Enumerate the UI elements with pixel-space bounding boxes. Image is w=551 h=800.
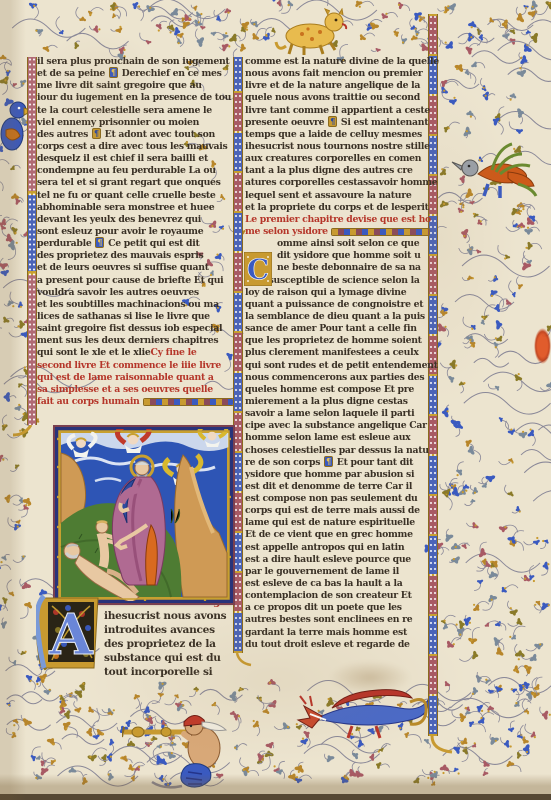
illuminated-initial-c: C — [244, 252, 272, 286]
text-line: autres bestes sont enclinees en re — [245, 614, 429, 626]
text-line: substance qui est du — [104, 652, 234, 666]
gold-lion-icon — [272, 8, 352, 56]
text-line: te la court celestielle sera amene le — [37, 105, 233, 117]
text-line: du tout droit esleve et regarde de — [245, 639, 429, 651]
text-line: des proprietez de la — [104, 638, 234, 652]
svg-text:C: C — [247, 253, 269, 286]
text-line: tant a la plus digne des autres cre — [245, 165, 429, 177]
pilcrow-mark: ¶ — [93, 129, 100, 138]
text-line: la semblance de dieu quant a la puis — [245, 311, 429, 323]
illuminated-initial-a: A — [36, 592, 100, 670]
text-line: me livre dit saint gregoire que au — [37, 80, 233, 92]
text-line: quant a puissance de congnoistre et — [245, 299, 429, 311]
prologue-text-block: laide dePrologueihesucrist nous avonsint… — [104, 596, 234, 679]
text-line: second livre Et commence le iiie livre — [37, 360, 233, 372]
left-ornament-bar — [27, 57, 37, 425]
svg-text:A: A — [48, 602, 94, 668]
text-line: par le gouvernement de lame il — [245, 566, 429, 578]
text-line: mierement a la plus digne cestas — [245, 396, 429, 408]
text-line: gardant la terre mais homme est — [245, 627, 429, 639]
text-line: omme ainsi soit selon ce que — [277, 238, 429, 250]
text-line: temps que a laide de celluy mesmes — [245, 129, 429, 141]
text-line: contemplacion de son createur Et — [245, 590, 429, 602]
text-line: nous avons fait mencion ou premier — [245, 68, 429, 80]
text-line: atures corporelles cestassavoir homme — [245, 177, 429, 189]
text-line: aux creatures corporelles en comen — [245, 153, 429, 165]
line-filler — [332, 229, 429, 235]
text-line: iour du iugement en la presence de tou — [37, 92, 233, 104]
text-line: loy de raison qui a lymage divine — [245, 287, 429, 299]
pilcrow-mark: ¶ — [96, 238, 103, 247]
text-line: lices de sathanas si lise le livre que — [37, 311, 233, 323]
text-line: tel ne fu or quant celle cruelle beste — [37, 190, 233, 202]
text-line: desquelz il est chief il sera bailli et — [37, 153, 233, 165]
text-line: ihesucrist nous avons — [104, 610, 234, 624]
text-line: et les soubtilles machinacions ou ma — [37, 299, 233, 311]
satyr-trumpeter-icon — [122, 700, 246, 792]
text-line: viel ennemy prisonnier ou moien — [37, 117, 233, 129]
text-line: est esleve de ca bas la hault a la — [245, 578, 429, 590]
text-line: Le premier chapitre devise que est ho — [245, 214, 429, 226]
text-line: Et de ce vient que en grec homme — [245, 529, 429, 541]
text-line: savoir a lame selon laquele il parti — [245, 408, 429, 420]
text-line: queles homme est compose Et pre — [245, 384, 429, 396]
text-line: ihesucrist nous tournons nostre stille — [245, 141, 429, 153]
text-line: introduites avances — [104, 624, 234, 638]
text-line: sance de amer Pour tant a celle fin — [245, 323, 429, 335]
text-line: qui sont rudes et de petit entendement — [245, 360, 429, 372]
pilcrow-mark: ¶ — [110, 68, 117, 77]
red-wax-stain — [534, 328, 551, 364]
text-line: perdurable ¶ Ce petit qui est dit — [37, 238, 233, 250]
text-line: quele nous avons traittie ou second — [245, 92, 429, 104]
text-line: cipe avec la substance angelique Car — [245, 420, 429, 432]
text-line: presente oeuvre ¶ Si est maintenant — [245, 117, 429, 129]
text-line: homme selon lame est esleue aux — [245, 432, 429, 444]
text-line: ysidore que homme par abusion si — [245, 469, 429, 481]
text-line: il sera plus prouchain de son iugement — [37, 56, 233, 68]
text-line: comme est la nature divine de la quelle — [245, 56, 429, 68]
dragon-bird-icon — [448, 126, 538, 202]
text-line: sont esleuz pour avoir le royaume — [37, 226, 233, 238]
text-line: corps qui est de terre mais aussi de — [245, 505, 429, 517]
text-line: nous commencerons aux parties des — [245, 372, 429, 384]
text-line: abhominable sera monstree et huee — [37, 202, 233, 214]
pilcrow-mark: ¶ — [329, 117, 336, 126]
column-divider-bar — [233, 57, 243, 653]
text-line: vouldra savoir les autres oeuvres — [37, 287, 233, 299]
text-line: choses celestielles par dessus la natu — [245, 445, 429, 457]
text-line: corps cest a dire avec tous les mauvais — [37, 141, 233, 153]
text-line: ment sus les deux derniers chapitres — [37, 335, 233, 347]
text-line: lequel sent et assavoure la nature — [245, 190, 429, 202]
text-line: a present pour cause de briefte Et qui — [37, 275, 233, 287]
text-line: que les proprietez de homme soient — [245, 335, 429, 347]
text-line: plus clerement manifestees a ceulx — [245, 347, 429, 359]
text-line: devant les yeulx des benevrez qui — [37, 214, 233, 226]
text-line: et de leurs oeuvres si suffise quant — [37, 262, 233, 274]
text-line: et de sa peine ¶ Derechief en ce mes — [37, 68, 233, 80]
right-text-column: comme est la nature divine de la quellen… — [245, 56, 429, 651]
text-line: lame qui est de nature espirituelle — [245, 517, 429, 529]
text-line: dit ysidore que homme soit u — [277, 250, 429, 262]
text-line: tout incorporelle si — [104, 666, 234, 680]
line-filler — [144, 399, 233, 405]
text-line: ne beste debonnaire de sa na — [277, 262, 429, 274]
text-line: livre tant comme il appartient a ceste — [245, 105, 429, 117]
right-ornament-bar — [428, 14, 438, 736]
text-line: fait au corps humain — [37, 396, 233, 408]
red-blue-dragon-icon — [292, 682, 432, 746]
text-line: me selon ysidore — [245, 226, 429, 238]
text-line: des proprietez des mauvais espris — [37, 250, 233, 262]
text-line: saint gregoire fist dessus iob especial — [37, 323, 233, 335]
manuscript-page: A C il sera plus prouchain de son iugeme… — [0, 0, 551, 800]
text-line: sa simplesse et a ses oeuvres quelle — [37, 384, 233, 396]
miniature-creation-of-eve — [55, 427, 233, 603]
text-line: est a dire hault esleve pource que — [245, 554, 429, 566]
text-line: a ce propos dit un poete que les — [245, 602, 429, 614]
text-line: des autres ¶ Et adont avec tout son — [37, 129, 233, 141]
pilcrow-mark: ¶ — [325, 457, 332, 466]
text-line: est appelle antropos qui en latin — [245, 542, 429, 554]
text-line: et la propriete du corps et de lesperit — [245, 202, 429, 214]
text-line: qui est de lame raisonnable quant a — [37, 372, 233, 384]
left-text-column: il sera plus prouchain de son iugementet… — [37, 56, 233, 408]
text-line: ture susceptible de science selon la — [245, 275, 429, 287]
text-line: est compose non pas seulement du — [245, 493, 429, 505]
text-line: sera tel et si grant regart que onques — [37, 177, 233, 189]
text-line: livre et de la nature angelique de la — [245, 80, 429, 92]
text-line: condempne au feu perdurable La ou — [37, 165, 233, 177]
text-line: est dit et denomme de terre Car il — [245, 481, 429, 493]
text-line: re de son corps ¶ Et pour tant dit — [245, 457, 429, 469]
text-line: qui sont le xle et le xlie Cy fine le — [37, 347, 233, 359]
